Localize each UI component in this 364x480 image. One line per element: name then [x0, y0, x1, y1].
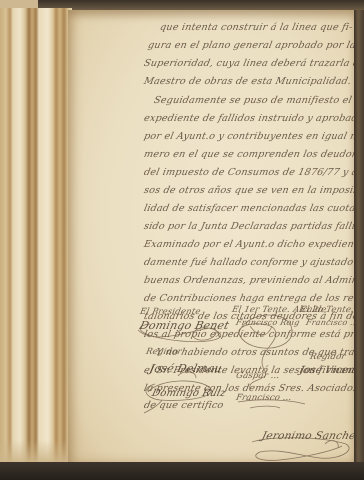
text-line: Maestro de obras de esta Municipalidad.: [143, 76, 352, 87]
text-line: del impuesto de Consumos de 1876/77 y at…: [143, 167, 364, 178]
text-line: sido por la Junta Declaradas partidas fa…: [143, 221, 364, 232]
signature-teniente-2: Francisco ...: [305, 318, 359, 327]
signature-bottom-middle: Francisco ...: [235, 393, 293, 403]
text-line: de Contribuciones haga entrega de los re…: [143, 293, 364, 304]
text-line: expediente de fallidos instruido y aprob…: [143, 113, 364, 124]
signature-bottom-left: Domingo Ruiz: [151, 388, 227, 399]
text-line: gura en el plano general aprobado por la: [147, 40, 357, 51]
manuscript-scan: que intenta construir á la linea que fi-…: [0, 0, 364, 480]
signature-bottom-right: Jeronimo Sanchez: [261, 430, 363, 442]
text-line: buenas Ordenanzas, previniendo al Admini…: [143, 275, 364, 286]
text-line: lidad de satisfacer mencionadas las cuot…: [143, 203, 364, 214]
signature-title-regidor-right: Regidor: [309, 352, 347, 362]
text-line: Examinado por el Ayunt.o dicho expedient…: [143, 239, 364, 250]
text-line: sos de otros años que se ven en la impos…: [143, 185, 364, 196]
text-line: Superioridad, cuya linea deberá trazarla…: [143, 58, 363, 69]
stacked-page-edges: [0, 8, 72, 464]
text-line: por el Ayunt.o y contribuyentes en igual…: [143, 131, 364, 142]
signature-title-regidor-left: Regidor: [145, 347, 183, 357]
text-line: Seguidamente se puso de manifiesto el: [153, 95, 353, 106]
text-line: mero en el que se comprenden los deudore…: [143, 149, 364, 160]
text-line: que intenta construir á la linea que fi-: [159, 22, 354, 33]
text-line: de que certifico: [143, 400, 225, 411]
signature-president: Domingo Benet: [138, 319, 230, 332]
bottom-dark-border: [0, 462, 364, 480]
signature-teniente-1: Francisco Roig: [235, 318, 301, 327]
right-dark-border: [354, 10, 364, 462]
text-line: damente fué hallado conforme y ajustado …: [143, 257, 364, 268]
page-edges-bottom: [0, 440, 72, 464]
signature-middle-1: Gaspar ...: [235, 371, 281, 381]
signature-regidor-left: José Delmau: [148, 362, 223, 375]
signature-title-president: El Presidente: [139, 307, 202, 317]
